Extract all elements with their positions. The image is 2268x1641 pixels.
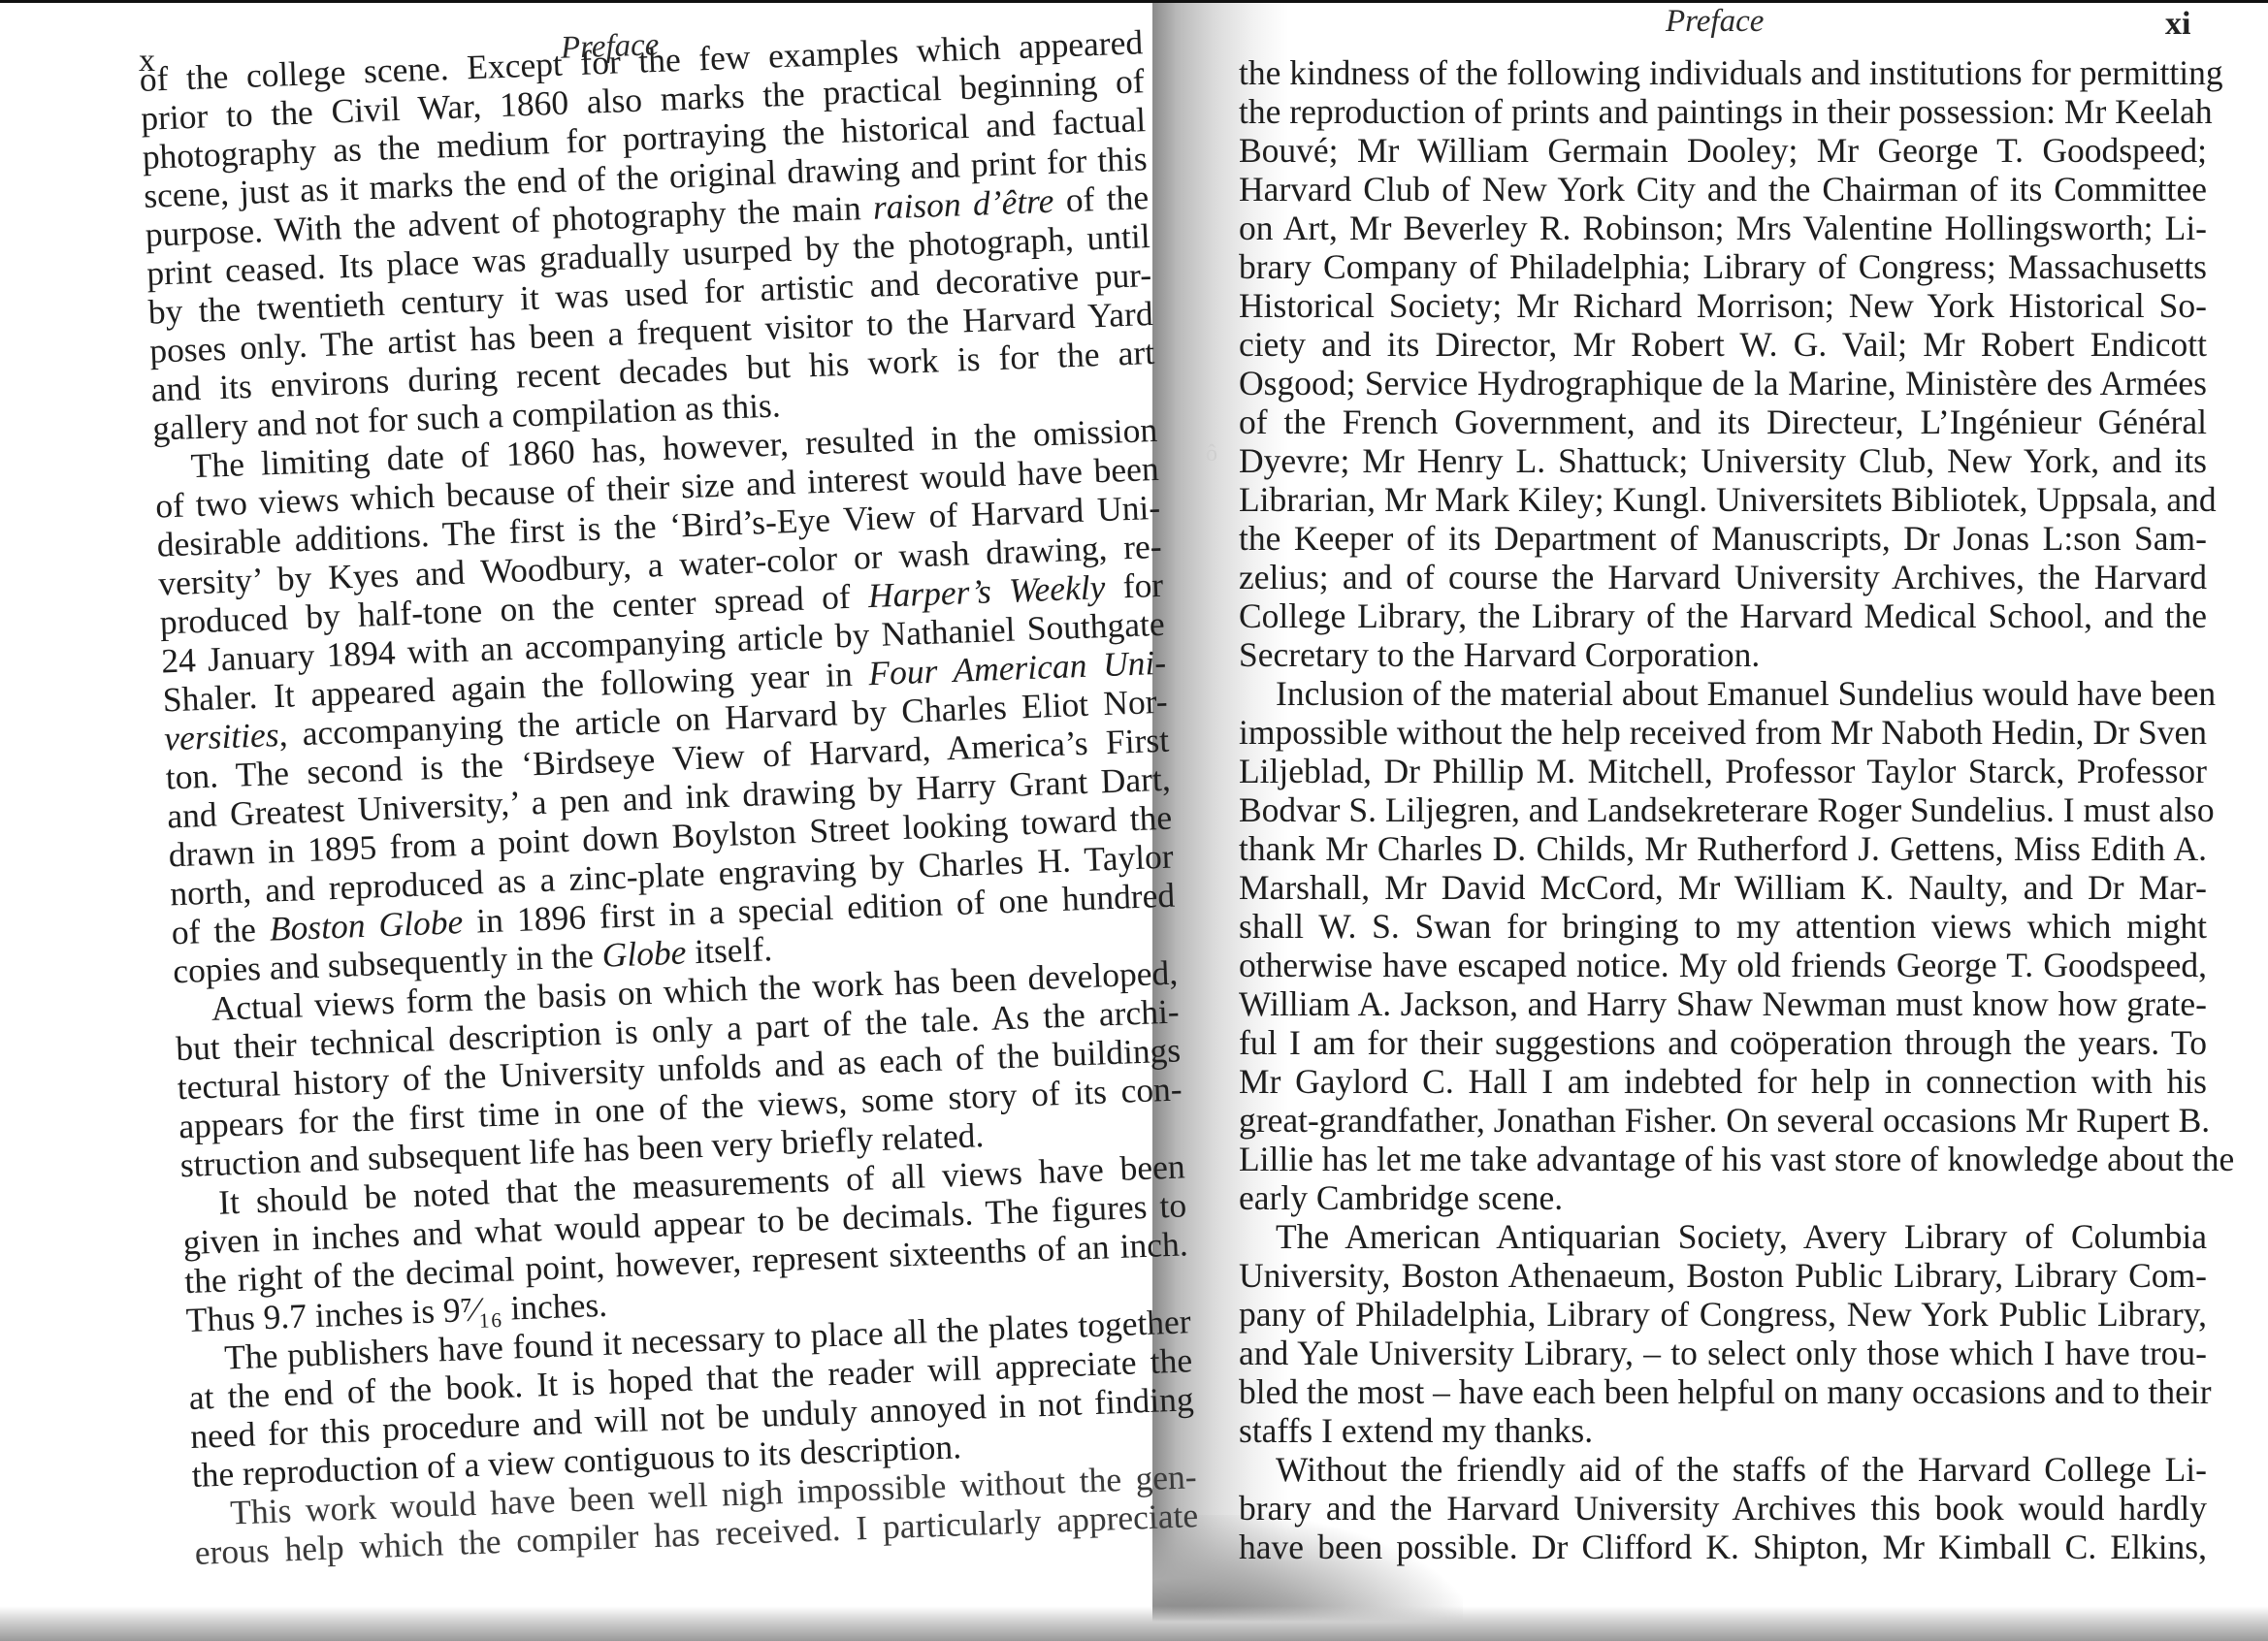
text-line: Secretary to the Harvard Corporation. bbox=[1239, 635, 2207, 674]
text-line: Harvard Club of New York City and the Ch… bbox=[1239, 170, 2207, 209]
text-line: pany of Philadelphia, Library of Congres… bbox=[1239, 1295, 2207, 1334]
text-line: brary and the Harvard University Archive… bbox=[1239, 1489, 2207, 1528]
text-line: zelius; and of course the Harvard Univer… bbox=[1239, 558, 2207, 596]
text-line: shall W. S. Swan for bringing to my atte… bbox=[1239, 907, 2207, 946]
right-page-body-text: the kindness of the following individual… bbox=[1239, 53, 2207, 1566]
text-line: Mr Gaylord C. Hall I am indebted for hel… bbox=[1239, 1062, 2207, 1101]
text-line: of the French Government, and its Direct… bbox=[1239, 402, 2207, 441]
text-line: Bouvé; Mr William Germain Dooley; Mr Geo… bbox=[1239, 131, 2207, 170]
text-line: brary Company of Philadelphia; Library o… bbox=[1239, 247, 2207, 286]
text-line: the Keeper of its Department of Manuscri… bbox=[1239, 519, 2207, 558]
text-line: Liljeblad, Dr Phillip M. Mitchell, Profe… bbox=[1239, 752, 2207, 790]
paragraph-first-line: Without the friendly aid of the staffs o… bbox=[1239, 1450, 2207, 1489]
text-line: Dyevre; Mr Henry L. Shattuck; University… bbox=[1239, 441, 2207, 480]
text-line: Bodvar S. Liljegren, and Landsekreterare… bbox=[1239, 790, 2207, 829]
margin-pencil-mark: ô bbox=[1206, 441, 1217, 467]
text-line: William A. Jackson, and Harry Shaw Newma… bbox=[1239, 984, 2207, 1023]
text-line: ciety and its Director, Mr Robert W. G. … bbox=[1239, 325, 2207, 364]
text-line: thank Mr Charles D. Childs, Mr Rutherfor… bbox=[1239, 829, 2207, 868]
text-line: Lillie has let me take advantage of his … bbox=[1239, 1140, 2207, 1178]
text-line: Historical Society; Mr Richard Morrison;… bbox=[1239, 286, 2207, 325]
text-line: on Art, Mr Beverley R. Robinson; Mrs Val… bbox=[1239, 209, 2207, 247]
scan-bottom-edge bbox=[0, 1606, 2268, 1641]
paragraph-first-line: The American Antiquarian Society, Avery … bbox=[1239, 1217, 2207, 1256]
text-line: ful I am for their suggestions and coöpe… bbox=[1239, 1023, 2207, 1062]
text-line: early Cambridge scene. bbox=[1239, 1178, 2207, 1217]
running-head-right: Preface bbox=[1666, 4, 1764, 40]
text-line: great-grandfather, Jonathan Fisher. On s… bbox=[1239, 1101, 2207, 1140]
paragraph-first-line: Inclusion of the material about Emanuel … bbox=[1239, 674, 2207, 713]
text-line: and Yale University Library, – to select… bbox=[1239, 1334, 2207, 1372]
text-line: College Library, the Library of the Harv… bbox=[1239, 596, 2207, 635]
text-line: impossible without the help received fro… bbox=[1239, 713, 2207, 752]
text-line: Marshall, Mr David McCord, Mr William K.… bbox=[1239, 868, 2207, 907]
text-line: staffs I extend my thanks. bbox=[1239, 1411, 2207, 1450]
left-page-body-text: of the college scene. Except for the few… bbox=[139, 22, 1199, 1572]
page-number-right: xi bbox=[2165, 6, 2190, 43]
text-line: Librarian, Mr Mark Kiley; Kungl. Univers… bbox=[1239, 480, 2207, 519]
text-line: the reproduction of prints and paintings… bbox=[1239, 92, 2207, 131]
text-line: have been possible. Dr Clifford K. Shipt… bbox=[1239, 1528, 2207, 1566]
text-line: the kindness of the following individual… bbox=[1239, 53, 2207, 92]
text-line: otherwise have escaped notice. My old fr… bbox=[1239, 946, 2207, 984]
text-line: bled the most – have each been helpful o… bbox=[1239, 1372, 2207, 1411]
text-line: University, Boston Athenaeum, Boston Pub… bbox=[1239, 1256, 2207, 1295]
scan-top-edge bbox=[0, 0, 2268, 3]
text-line: Osgood; Service Hydrographique de la Mar… bbox=[1239, 364, 2207, 402]
